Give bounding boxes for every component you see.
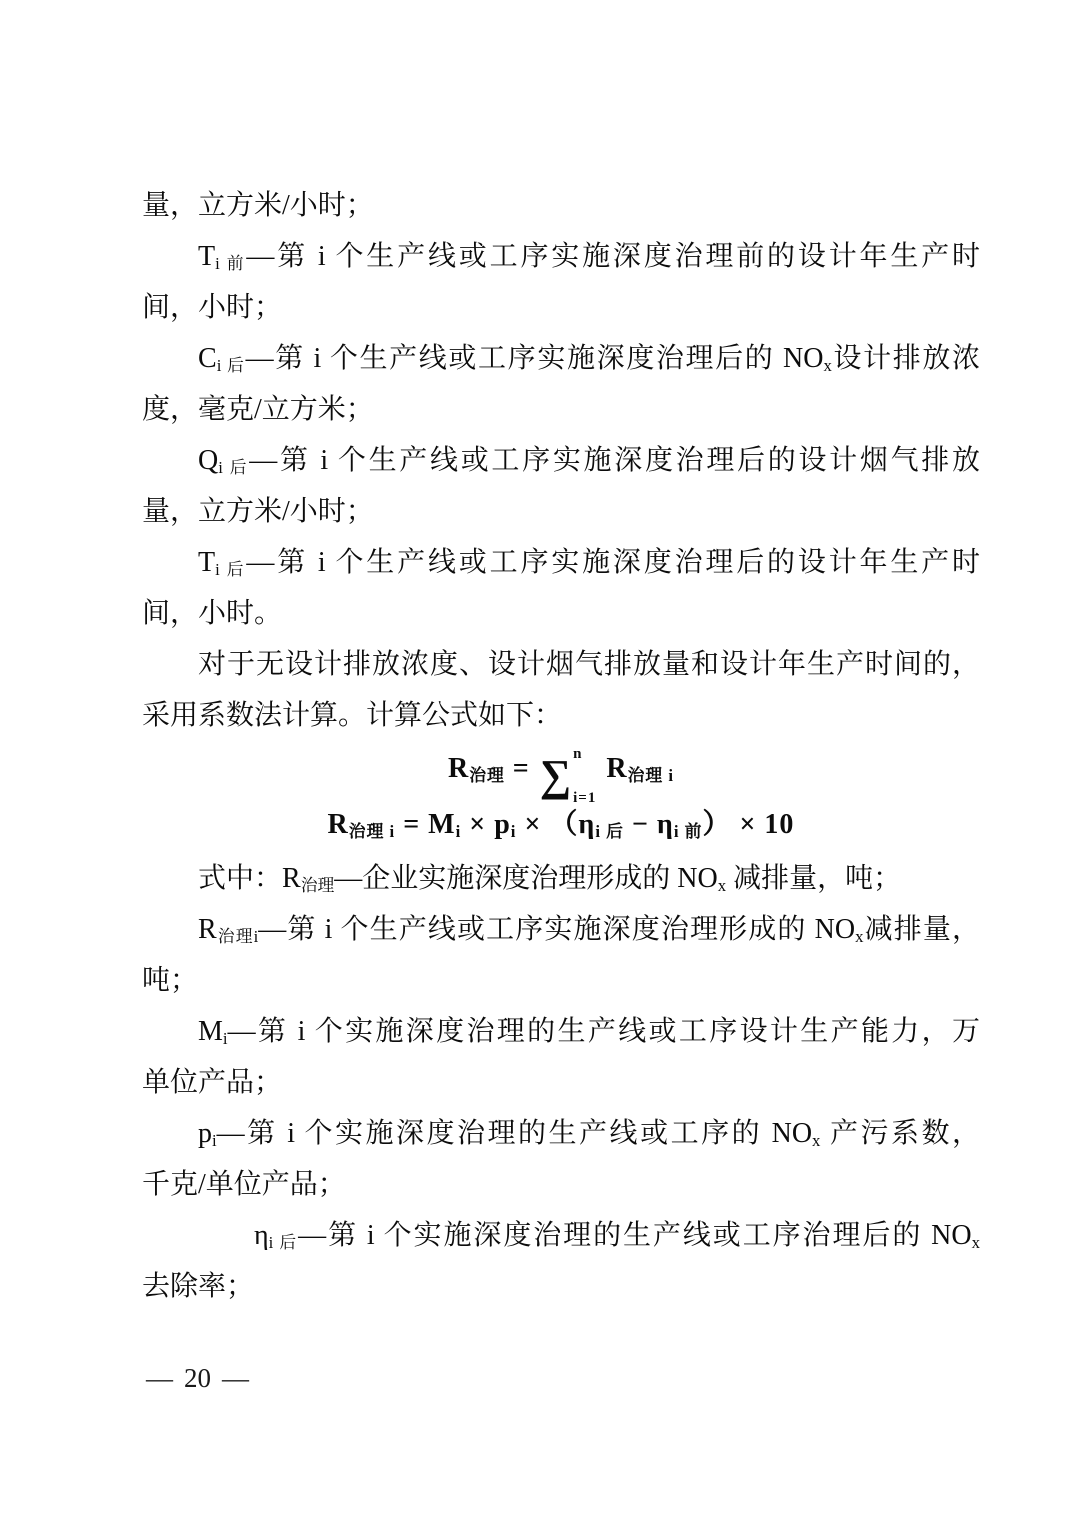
subscript-run: 治理 i [628,766,674,785]
page-number-left-dash: — [146,1363,173,1393]
text-run: —第 i 个生产线或工序实施深度治理后的 NO [246,343,824,374]
text-run: —第 i 个生产线或工序实施深度治理后的设计烟气排放 [249,445,980,476]
subscript-run: i 后 [595,822,624,841]
subscript-run: i [223,1029,228,1048]
subscript-run: i [456,822,462,841]
text-run: —第 i 个生产线或工序实施深度治理后的设计年生产时 [246,547,980,578]
text-line-pi: pi—第 i 个实施深度治理的生产线或工序的 NOx 产污系数， [142,1108,980,1159]
subscript-run: x [823,356,831,375]
subscript-run: i 前 [215,254,246,273]
text-line: 去除率； [142,1261,980,1312]
text-line: 间，小时。 [142,588,980,639]
text-run: 间，小时。 [142,598,282,629]
text-run: C [198,343,217,374]
text-run: T [198,547,215,578]
text-line-eta-i-hou: ηi 后—第 i 个实施深度治理的生产线或工序治理后的 NOx [142,1210,980,1261]
subscript-run: i 后 [215,560,246,579]
text-run: p [198,1118,212,1149]
text-line-ci-hou: Ci 后—第 i 个生产线或工序实施深度治理后的 NOx设计排放浓 [142,333,980,384]
subscript-run: 治理 [301,876,335,895]
text-run: ） × 10 [702,809,794,840]
subscript-run: 治理i [217,927,259,946]
text-run: 去除率； [142,1271,254,1302]
text-line-shizhong: 式中：R治理—企业实施深度治理形成的 NOx 减排量，吨； [142,853,980,904]
text-run: 吨； [142,965,198,996]
formula-sum-line: R治理 = ∑ni=1 R治理 i [142,741,980,797]
document-body: 量，立方米/小时； Ti 前—第 i 个生产线或工序实施深度治理前的设计年生产时… [142,180,980,1312]
text-line-ti-qian: Ti 前—第 i 个生产线或工序实施深度治理前的设计年生产时 [142,231,980,282]
text-run: = [505,753,538,784]
text-run: = M [395,809,455,840]
text-run: × p [461,809,511,840]
subscript-run: x [855,927,863,946]
sigma-glyph: ∑ [540,756,572,796]
subscript-run: x [718,876,726,895]
text-run: 采用系数法计算。计算公式如下： [142,700,562,731]
text-run: R [198,914,217,945]
subscript-run: x [812,1131,820,1150]
subscript-run: x [972,1233,980,1252]
subscript-run: i 后 [218,458,249,477]
text-run: —第 i 个生产线或工序实施深度治理形成的 NO [258,914,855,945]
text-run: 式中：R [198,863,301,894]
text-line: 千克/单位产品； [142,1159,980,1210]
text-line: 单位产品； [142,1057,980,1108]
page-number-value: 20 [184,1363,211,1393]
text-line: 间，小时； [142,282,980,333]
text-line-continuation: 量，立方米/小时； [142,180,980,231]
text-run: 量，立方米/小时； [142,190,374,221]
text-run: —第 i 个实施深度治理的生产线或工序的 NO [217,1118,812,1149]
subscript-run: i 后 [269,1233,299,1252]
text-run: 减排量，吨； [726,863,901,894]
text-run: 产污系数， [820,1118,980,1149]
text-run: 对于无设计排放浓度、设计烟气排放量和设计年生产时间的， [198,649,980,680]
text-line: 度，毫克/立方米； [142,384,980,435]
summation-symbol: ∑ni=1 [540,753,597,797]
text-run: —第 i 个实施深度治理的生产线或工序治理后的 NO [298,1220,971,1251]
text-run: 设计排放浓 [832,343,980,374]
formula-product-line: R治理 i = Mi × pi × （ηi 后 − ηi 前） × 10 [142,797,980,853]
text-run: —企业实施深度治理形成的 NO [334,863,717,894]
text-run: × （η [516,809,595,840]
text-run: T [198,241,215,272]
subscript-run: i [212,1131,217,1150]
text-line-mi: Mi—第 i 个实施深度治理的生产线或工序设计生产能力，万 [142,1006,980,1057]
text-run: 单位产品； [142,1067,282,1098]
text-run: R [448,753,469,784]
text-run: 千克/单位产品； [142,1169,346,1200]
page-number-right-dash: — [222,1363,249,1393]
text-run: η [254,1220,269,1251]
text-run: M [198,1016,223,1047]
text-line-ti-hou: Ti 后—第 i 个生产线或工序实施深度治理后的设计年生产时 [142,537,980,588]
text-line-r-zhili-i: R治理i—第 i 个生产线或工序实施深度治理形成的 NOx减排量， [142,904,980,955]
text-line-qi-hou: Qi 后—第 i 个生产线或工序实施深度治理后的设计烟气排放 [142,435,980,486]
subscript-run: i [511,822,517,841]
text-run: —第 i 个实施深度治理的生产线或工序设计生产能力，万 [228,1016,980,1047]
subscript-run: i 前 [674,822,703,841]
text-line: 吨； [142,955,980,1006]
text-run: 减排量， [863,914,980,945]
text-run: − η [624,809,674,840]
subscript-run: 治理 i [349,822,395,841]
text-run: Q [198,445,218,476]
subscript-run: i 后 [217,356,246,375]
text-run: 度，毫克/立方米； [142,394,374,425]
summation-limits: ni=1 [573,754,596,798]
text-run: —第 i 个生产线或工序实施深度治理前的设计年生产时 [246,241,980,272]
text-run: 间，小时； [142,292,282,323]
page-number: —20— [146,1363,249,1394]
text-line: 量，立方米/小时； [142,486,980,537]
text-run: R [328,809,349,840]
text-line-paragraph-coefficient: 对于无设计排放浓度、设计烟气排放量和设计年生产时间的， [142,639,980,690]
text-run: R [598,753,627,784]
text-line: 采用系数法计算。计算公式如下： [142,690,980,741]
text-run: 量，立方米/小时； [142,496,374,527]
document-page: 量，立方米/小时； Ti 前—第 i 个生产线或工序实施深度治理前的设计年生产时… [0,0,1080,1527]
subscript-run: 治理 [469,766,505,785]
